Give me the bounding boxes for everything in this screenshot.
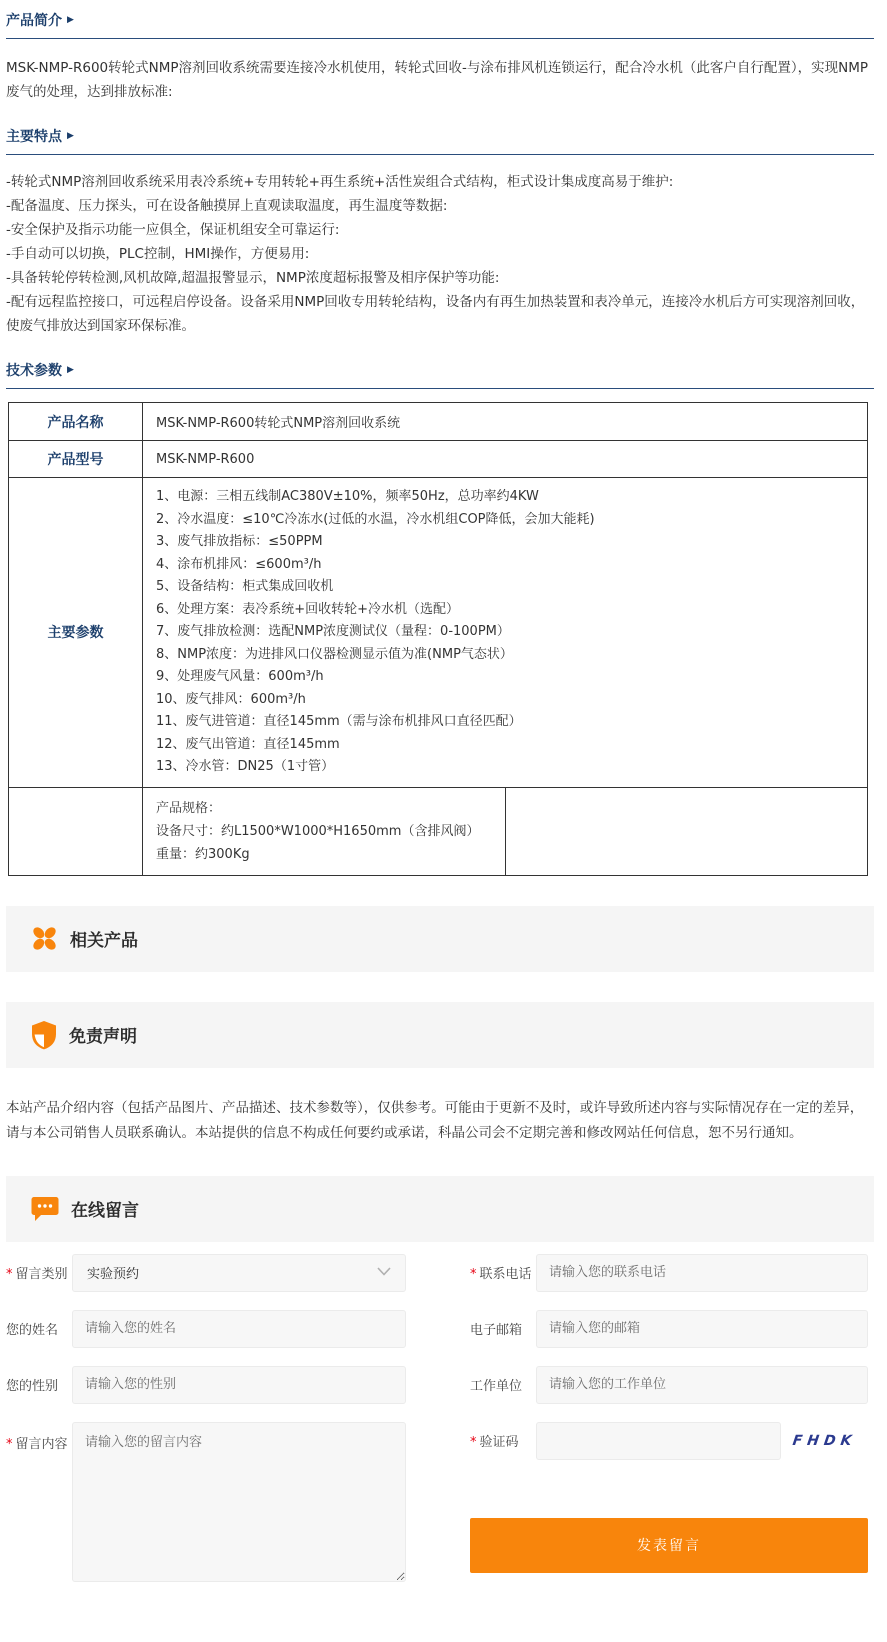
email-input[interactable] — [536, 1310, 868, 1348]
param-line: 6、处理方案：表冷系统+回收转轮+冷水机（选配） — [156, 599, 859, 622]
dimension-line: 设备尺寸：约L1500*W1000*H1650mm（含排风阀） — [156, 820, 497, 843]
required-asterisk: * — [470, 1435, 477, 1450]
section-divider — [6, 388, 874, 389]
disclaimer-title: 免责声明 — [69, 1022, 137, 1047]
category-select[interactable]: 实验预约 — [72, 1254, 406, 1292]
phone-input[interactable] — [536, 1254, 868, 1292]
product-name-label: 产品名称 — [9, 403, 143, 441]
feature-line: -配有远程监控接口，可远程启停设备。设备采用NMP回收专用转轮结构，设备内有再生… — [6, 290, 874, 338]
product-detail-page: 产品简介 ▶ MSK-NMP-R600转轮式NMP溶剂回收系统需要连接冷水机使用… — [0, 0, 887, 1642]
captcha-and-submit: *验证码 FHDK 发表留言 — [470, 1422, 868, 1573]
gender-label: 您的性别 — [6, 1375, 72, 1394]
captcha-row: *验证码 FHDK — [470, 1422, 868, 1460]
dimension-line: 产品规格： — [156, 797, 497, 820]
dimensions-empty-cell — [505, 787, 868, 875]
specs-table: 产品名称 MSK-NMP-R600转轮式NMP溶剂回收系统 产品型号 MSK-N… — [8, 402, 868, 876]
related-products-title: 相关产品 — [70, 926, 138, 951]
feature-line: -安全保护及指示功能一应俱全，保证机组安全可靠运行: — [6, 218, 874, 242]
disclaimer-body: 本站产品介绍内容（包括产品图片、产品描述、技术参数等），仅供参考。可能由于更新不… — [6, 1096, 874, 1146]
captcha-input[interactable] — [536, 1422, 781, 1460]
section-divider — [6, 38, 874, 39]
chat-bubble-icon — [31, 1195, 59, 1222]
section-header-intro: 产品简介 ▶ — [6, 10, 874, 30]
required-asterisk: * — [470, 1267, 477, 1282]
dimension-line: 重量：约300Kg — [156, 843, 497, 866]
table-row-model: 产品型号 MSK-NMP-R600 — [9, 441, 868, 478]
company-input[interactable] — [536, 1366, 868, 1404]
section-header-specs: 技术参数 ▶ — [6, 360, 874, 380]
model-label: 产品型号 — [9, 441, 143, 478]
section-header-features: 主要特点 ▶ — [6, 126, 874, 146]
related-products-banner: 相关产品 — [6, 906, 874, 972]
param-line: 8、NMP浓度：为进排风口仪器检测显示值为准(NMP气态状） — [156, 644, 859, 667]
message-form: *留言类别 实验预约 *联系电话 您的姓名 电子邮箱 您的性别 工作单位 *留言… — [6, 1254, 874, 1582]
name-label: 您的姓名 — [6, 1319, 72, 1338]
params-label: 主要参数 — [9, 478, 143, 788]
email-label: 电子邮箱 — [470, 1319, 536, 1338]
param-line: 9、处理废气风量：600m³/h — [156, 666, 859, 689]
param-line: 7、废气排放检测：选配NMP浓度测试仪（量程：0-100PM） — [156, 621, 859, 644]
param-line: 2、冷水温度：≤10℃冷冻水(过低的水温，冷水机组COP降低，会加大能耗) — [156, 509, 859, 532]
name-input[interactable] — [72, 1310, 406, 1348]
category-label: *留言类别 — [6, 1263, 72, 1282]
section-divider — [6, 154, 874, 155]
feature-line: -配备温度、压力探头，可在设备触摸屏上直观读取温度，再生温度等数据: — [6, 194, 874, 218]
param-line: 1、电源：三相五线制AC380V±10%，频率50Hz，总功率约4KW — [156, 486, 859, 509]
company-label: 工作单位 — [470, 1375, 536, 1394]
product-name-value: MSK-NMP-R600转轮式NMP溶剂回收系统 — [143, 403, 868, 441]
dimensions-lines: 产品规格：设备尺寸：约L1500*W1000*H1650mm（含排风阀）重量：约… — [143, 787, 506, 875]
required-asterisk: * — [6, 1437, 13, 1452]
clover-icon — [31, 925, 58, 952]
captcha-code-image[interactable]: FHDK — [780, 1433, 869, 1449]
specs-title: 技术参数 — [6, 360, 62, 380]
model-value: MSK-NMP-R600 — [143, 441, 868, 478]
param-line: 4、涂布机排风：≤600m³/h — [156, 554, 859, 577]
param-line: 12、废气出管道：直径145mm — [156, 734, 859, 757]
gender-input[interactable] — [72, 1366, 406, 1404]
content-label: *留言内容 — [6, 1422, 72, 1452]
table-row-params: 主要参数 1、电源：三相五线制AC380V±10%，频率50Hz，总功率约4KW… — [9, 478, 868, 788]
feature-line: -转轮式NMP溶剂回收系统采用表冷系统+专用转轮+再生系统+活性炭组合式结构，柜… — [6, 170, 874, 194]
param-line: 13、冷水管：DN25（1寸管） — [156, 756, 859, 779]
table-row-product-name: 产品名称 MSK-NMP-R600转轮式NMP溶剂回收系统 — [9, 403, 868, 441]
required-asterisk: * — [6, 1267, 13, 1282]
triangle-right-icon: ▶ — [67, 132, 74, 141]
captcha-label: *验证码 — [470, 1431, 536, 1450]
features-title: 主要特点 — [6, 126, 62, 146]
table-row-dimensions: 产品规格：设备尺寸：约L1500*W1000*H1650mm（含排风阀）重量：约… — [9, 787, 868, 875]
intro-title: 产品简介 — [6, 10, 62, 30]
category-selected-value: 实验预约 — [87, 1263, 139, 1282]
submit-message-button[interactable]: 发表留言 — [470, 1518, 868, 1573]
online-message-title: 在线留言 — [71, 1196, 139, 1221]
param-line: 5、设备结构：柜式集成回收机 — [156, 576, 859, 599]
feature-line: -手自动可以切换，PLC控制，HMI操作，方便易用: — [6, 242, 874, 266]
phone-label: *联系电话 — [470, 1263, 536, 1282]
param-line: 11、废气进管道：直径145mm（需与涂布机排风口直径匹配） — [156, 711, 859, 734]
features-list: -转轮式NMP溶剂回收系统采用表冷系统+专用转轮+再生系统+活性炭组合式结构，柜… — [6, 170, 874, 338]
disclaimer-banner: 免责声明 — [6, 1002, 874, 1068]
online-message-banner: 在线留言 — [6, 1176, 874, 1242]
param-line: 10、废气排风：600m³/h — [156, 689, 859, 712]
param-line: 3、废气排放指标：≤50PPM — [156, 531, 859, 554]
intro-body: MSK-NMP-R600转轮式NMP溶剂回收系统需要连接冷水机使用，转轮式回收-… — [6, 56, 874, 104]
content-textarea[interactable] — [72, 1422, 406, 1582]
shield-icon — [31, 1020, 57, 1050]
triangle-right-icon: ▶ — [67, 366, 74, 375]
triangle-right-icon: ▶ — [67, 16, 74, 25]
dimensions-label-empty — [9, 787, 143, 875]
params-list: 1、电源：三相五线制AC380V±10%，频率50Hz，总功率约4KW2、冷水温… — [143, 478, 868, 788]
chevron-down-icon — [377, 1265, 391, 1280]
feature-line: -具备转轮停转检测,风机故障,超温报警显示，NMP浓度超标报警及相序保护等功能: — [6, 266, 874, 290]
